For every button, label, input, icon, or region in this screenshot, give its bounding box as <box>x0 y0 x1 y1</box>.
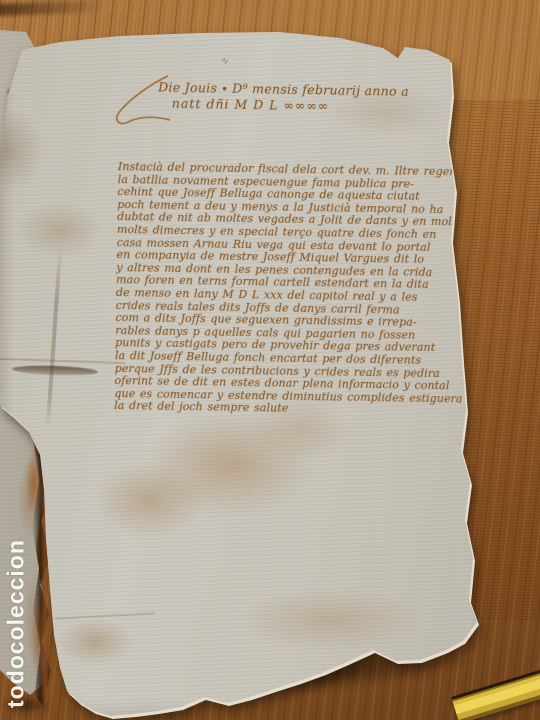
watermark-todocoleccion: todocoleccion <box>0 530 32 718</box>
manuscript-heading: Die Jouis ∙ D⁹ mensis februarij anno a n… <box>158 79 459 116</box>
manuscript-page: ∿ Die Jouis ∙ D⁹ mensis februarij anno a… <box>0 30 484 720</box>
manuscript-body-text: Instacià del procurador fiscal dela cort… <box>114 161 468 418</box>
photo-of-manuscript: ∿ Die Jouis ∙ D⁹ mensis februarij anno a… <box>0 0 540 720</box>
wood-plank-streak <box>0 0 106 16</box>
manuscript-page-wrap: ∿ Die Jouis ∙ D⁹ mensis februarij anno a… <box>0 30 484 720</box>
scribal-top-mark: ∿ <box>219 55 229 67</box>
